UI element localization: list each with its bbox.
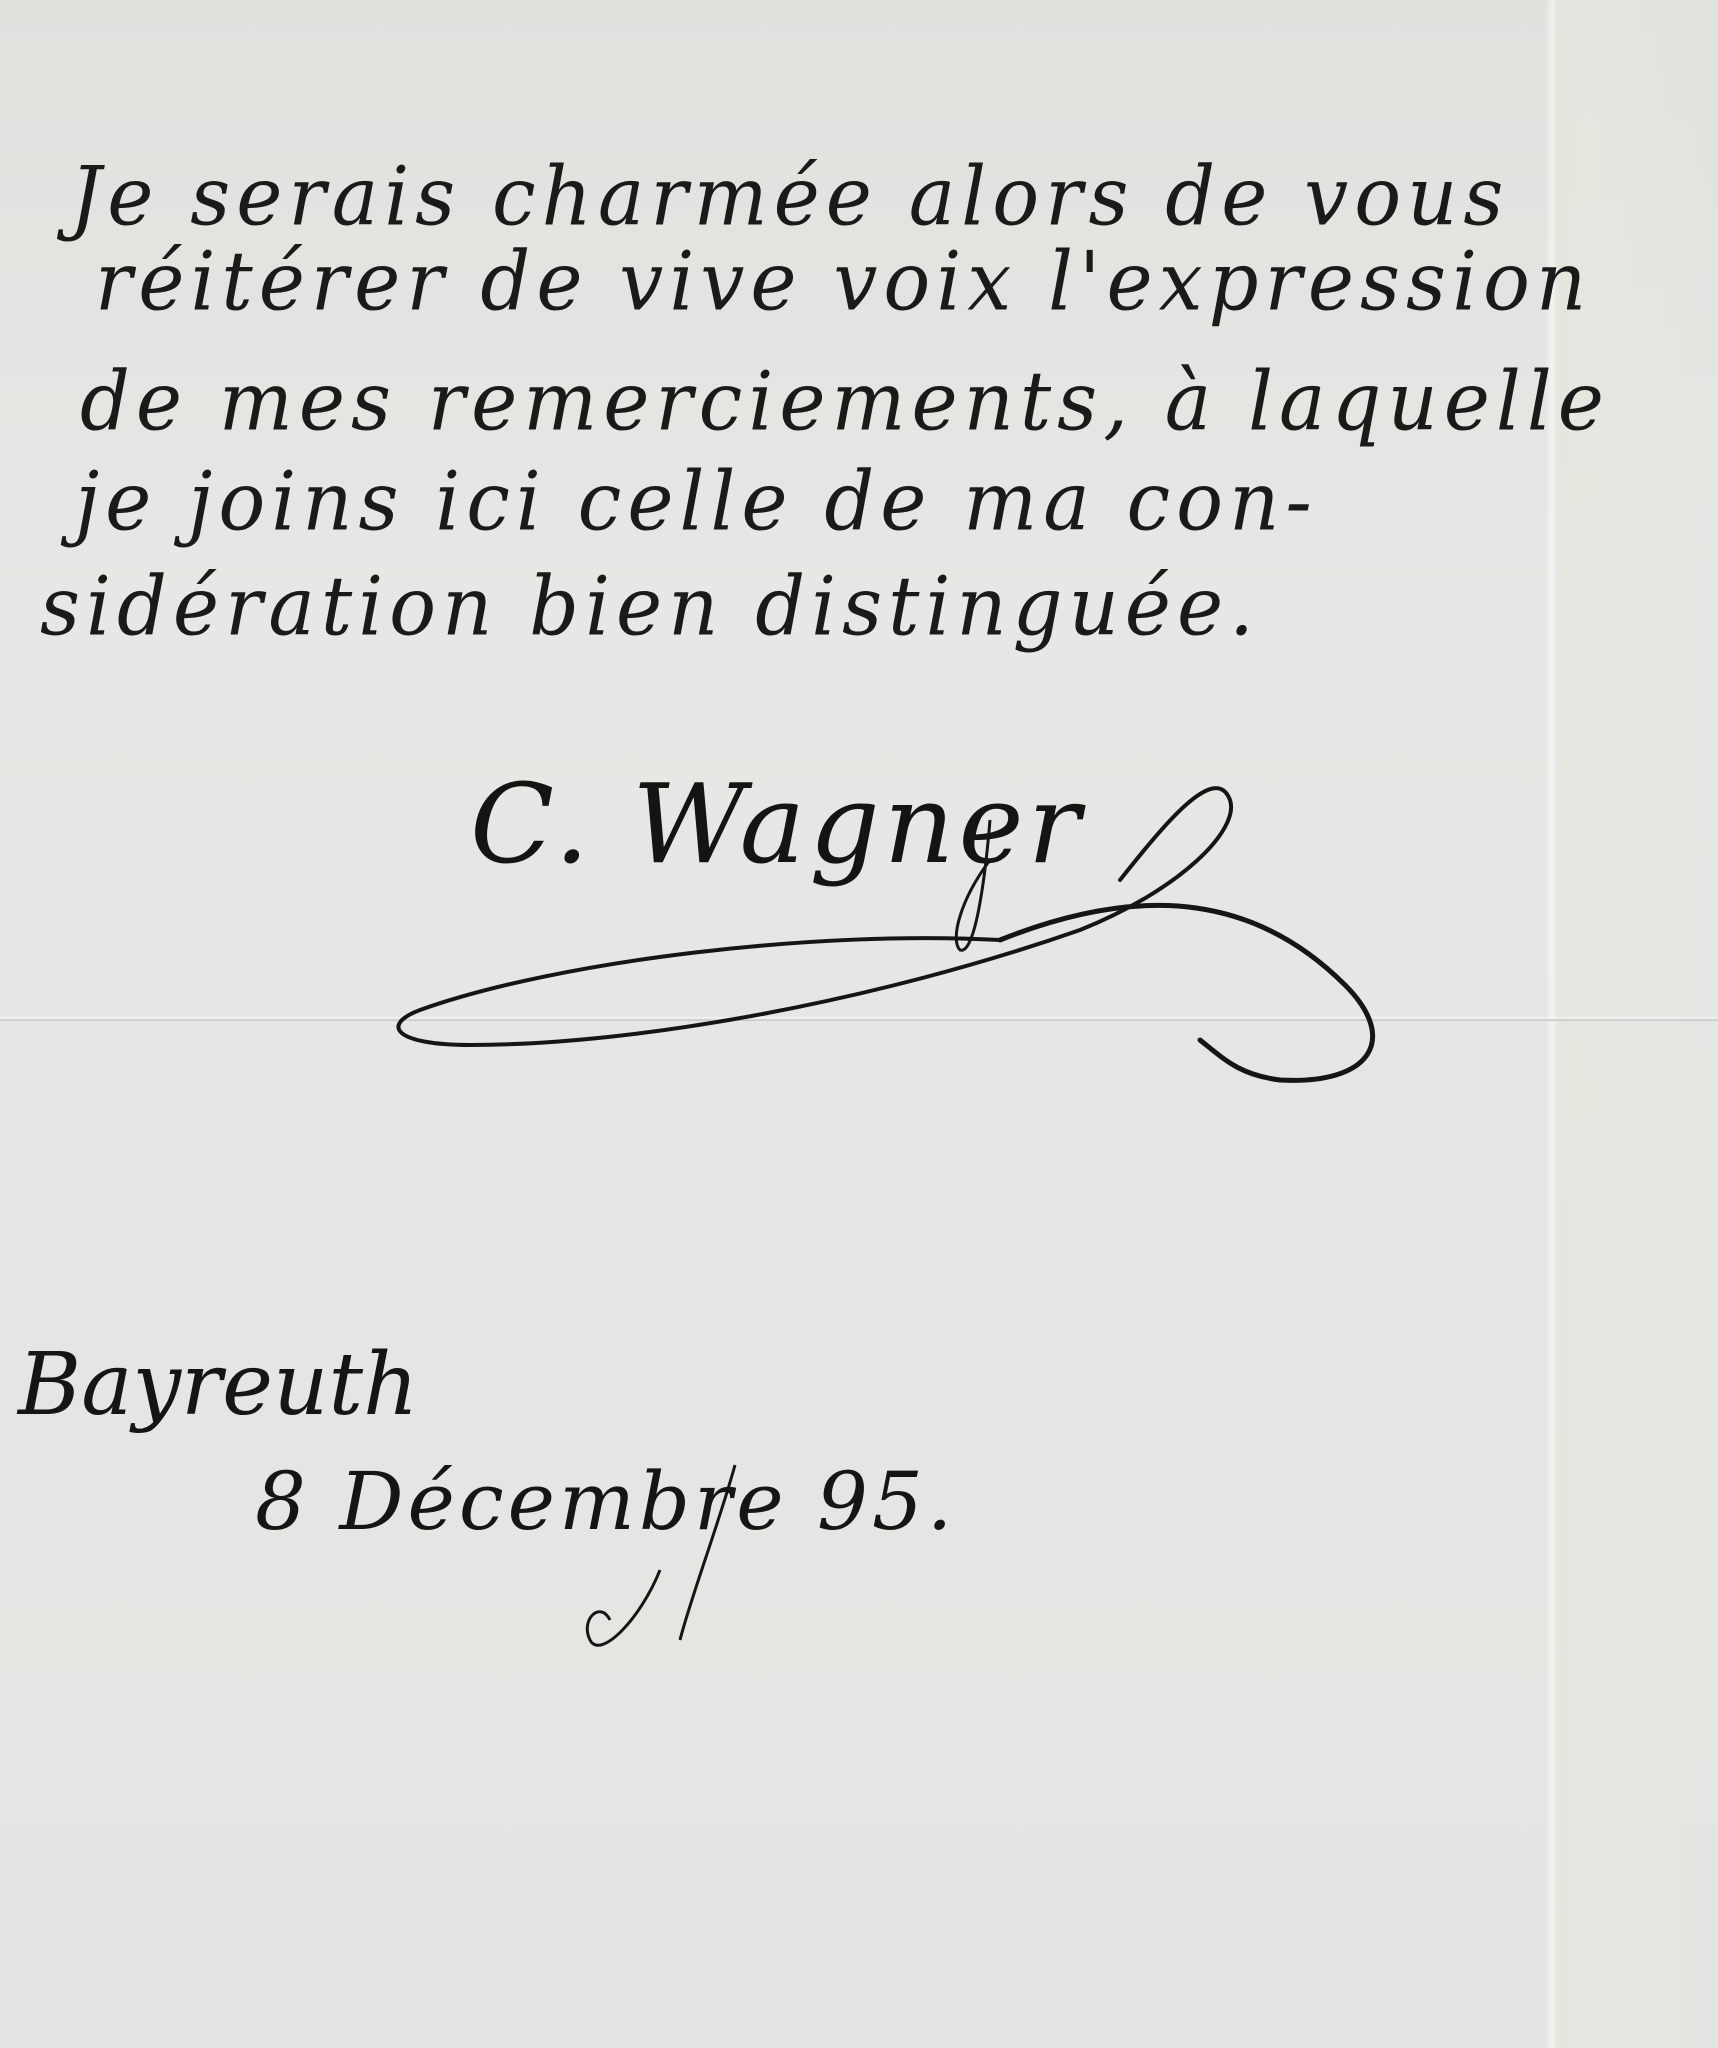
letter-paper: Je serais charmée alors de vous réitérer… xyxy=(0,0,1718,2048)
place-of-writing: Bayreuth xyxy=(18,1335,418,1435)
letter-date: 8 Décembre 95. xyxy=(255,1455,956,1548)
signature-flourish-icon xyxy=(0,0,1718,2048)
